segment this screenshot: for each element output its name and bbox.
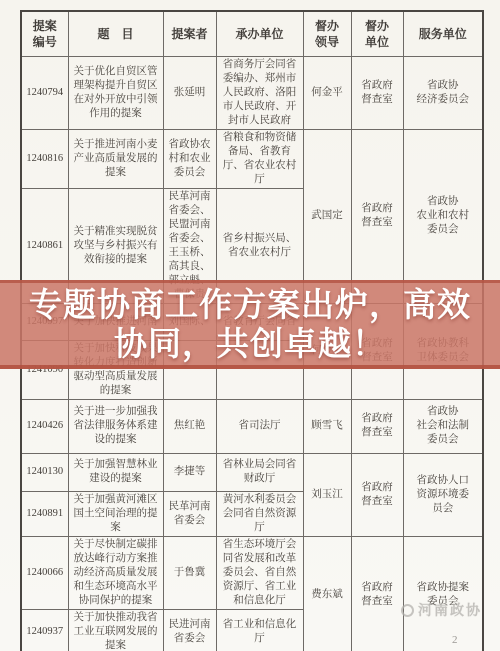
cell-organizer: 省生态环境厅会同省发展和改革委员会、省自然资源厅、省工业和信息化厅	[216, 536, 303, 609]
header-row: 提案 编号题 目提案者承办单位督办 领导督办 单位服务单位	[21, 11, 483, 56]
cell-supervising_unit: 省政府 督查室	[351, 129, 403, 303]
table-row: 1240794关于优化自贸区管理架构提升自贸区在对外开放中引领作用的提案张延明省…	[21, 56, 483, 129]
cell-title: 关于尽快制定碳排放达峰行动方案推动经济高质量发展和生态环境高水平协同保护的提案	[68, 536, 163, 609]
cell-organizer: 省林业局会同省财政厅	[216, 453, 303, 491]
column-header-service_unit: 服务单位	[403, 11, 483, 56]
seal-logo-icon	[401, 604, 414, 617]
cell-title: 关于推进河南小麦产业高质量发展的提案	[68, 129, 163, 188]
cell-title: 关于加强智慧林业建设的提案	[68, 453, 163, 491]
cell-organizer: 省粮食和物资储备局、省教育厅、省农业农村厅	[216, 129, 303, 188]
table-header: 提案 编号题 目提案者承办单位督办 领导督办 单位服务单位	[21, 11, 483, 56]
table-row: 1240426关于进一步加强我省法律服务体系建设的提案焦红艳省司法厅顾雪飞省政府…	[21, 399, 483, 453]
cell-organizer: 省工业和信息化厅	[216, 609, 303, 651]
column-header-title: 题 目	[68, 11, 163, 56]
table-row: 1240066关于尽快制定碳排放达峰行动方案推动经济高质量发展和生态环境高水平协…	[21, 536, 483, 609]
banner-text-line2: 协同，共创卓越！	[114, 324, 386, 363]
cell-proposer: 李捷等	[163, 453, 216, 491]
cell-no: 1240816	[21, 129, 68, 188]
cell-leader: 顾雪飞	[303, 399, 351, 453]
cell-service_unit: 省政协 社会和法制 委员会	[403, 399, 483, 453]
cell-no: 1240937	[21, 609, 68, 651]
cell-leader: 何金平	[303, 56, 351, 129]
cell-no: 1240426	[21, 399, 68, 453]
column-header-proposer: 提案者	[163, 11, 216, 56]
cell-proposer: 于鲁冀	[163, 536, 216, 609]
cell-proposer: 张延明	[163, 56, 216, 129]
cell-leader: 费东斌	[303, 536, 351, 651]
cell-supervising_unit: 省政府 督查室	[351, 399, 403, 453]
column-header-organizer: 承办单位	[216, 11, 303, 56]
cell-organizer: 省商务厅会同省委编办、郑州市人民政府、洛阳市人民政府、开封市人民政府	[216, 56, 303, 129]
cell-no: 1240891	[21, 491, 68, 536]
cell-leader: 武国定	[303, 129, 351, 303]
watermark-label: 河南政协	[418, 600, 482, 620]
cell-leader: 刘玉江	[303, 453, 351, 536]
cell-supervising_unit: 省政府 督查室	[351, 536, 403, 651]
cell-no: 1240066	[21, 536, 68, 609]
cell-organizer: 黄河水利委员会会同省自然资源厅	[216, 491, 303, 536]
cell-no: 1240130	[21, 453, 68, 491]
cell-proposer: 民进河南 省委会	[163, 609, 216, 651]
watermark: 河南政协	[401, 600, 482, 620]
cell-title: 关于加快推动我省工业互联网发展的提案	[68, 609, 163, 651]
promo-banner-overlay: 专题协商工作方案出炉，高效 协同，共创卓越！	[0, 280, 500, 369]
table-row: 1240130关于加强智慧林业建设的提案李捷等省林业局会同省财政厅刘玉江省政府 …	[21, 453, 483, 491]
table-row: 1240816关于推进河南小麦产业高质量发展的提案省政协农村和农业委员会省粮食和…	[21, 129, 483, 188]
cell-supervising_unit: 省政府 督查室	[351, 56, 403, 129]
cell-service_unit: 省政协 农业和农村 委员会	[403, 129, 483, 303]
column-header-supervising_unit: 督办 单位	[351, 11, 403, 56]
cell-organizer: 省司法厅	[216, 399, 303, 453]
cell-title: 关于优化自贸区管理架构提升自贸区在对外开放中引领作用的提案	[68, 56, 163, 129]
cell-proposer: 民革河南 省委会	[163, 491, 216, 536]
cell-supervising_unit: 省政府 督查室	[351, 453, 403, 536]
column-header-leader: 督办 领导	[303, 11, 351, 56]
cell-proposer: 焦红艳	[163, 399, 216, 453]
column-header-no: 提案 编号	[21, 11, 68, 56]
cell-service_unit: 省政协提案 委员会	[403, 536, 483, 651]
cell-no: 1240794	[21, 56, 68, 129]
page-number-artifact: 2	[452, 634, 458, 646]
cell-service_unit: 省政协 经济委员会	[403, 56, 483, 129]
cell-title: 关于进一步加强我省法律服务体系建设的提案	[68, 399, 163, 453]
cell-service_unit: 省政协人口 资源环境委 员会	[403, 453, 483, 536]
cell-proposer: 省政协农村和农业委员会	[163, 129, 216, 188]
cell-title: 关于加强黄河滩区国土空间治理的提案	[68, 491, 163, 536]
banner-text-line1: 专题协商工作方案出炉，高效	[29, 285, 471, 324]
